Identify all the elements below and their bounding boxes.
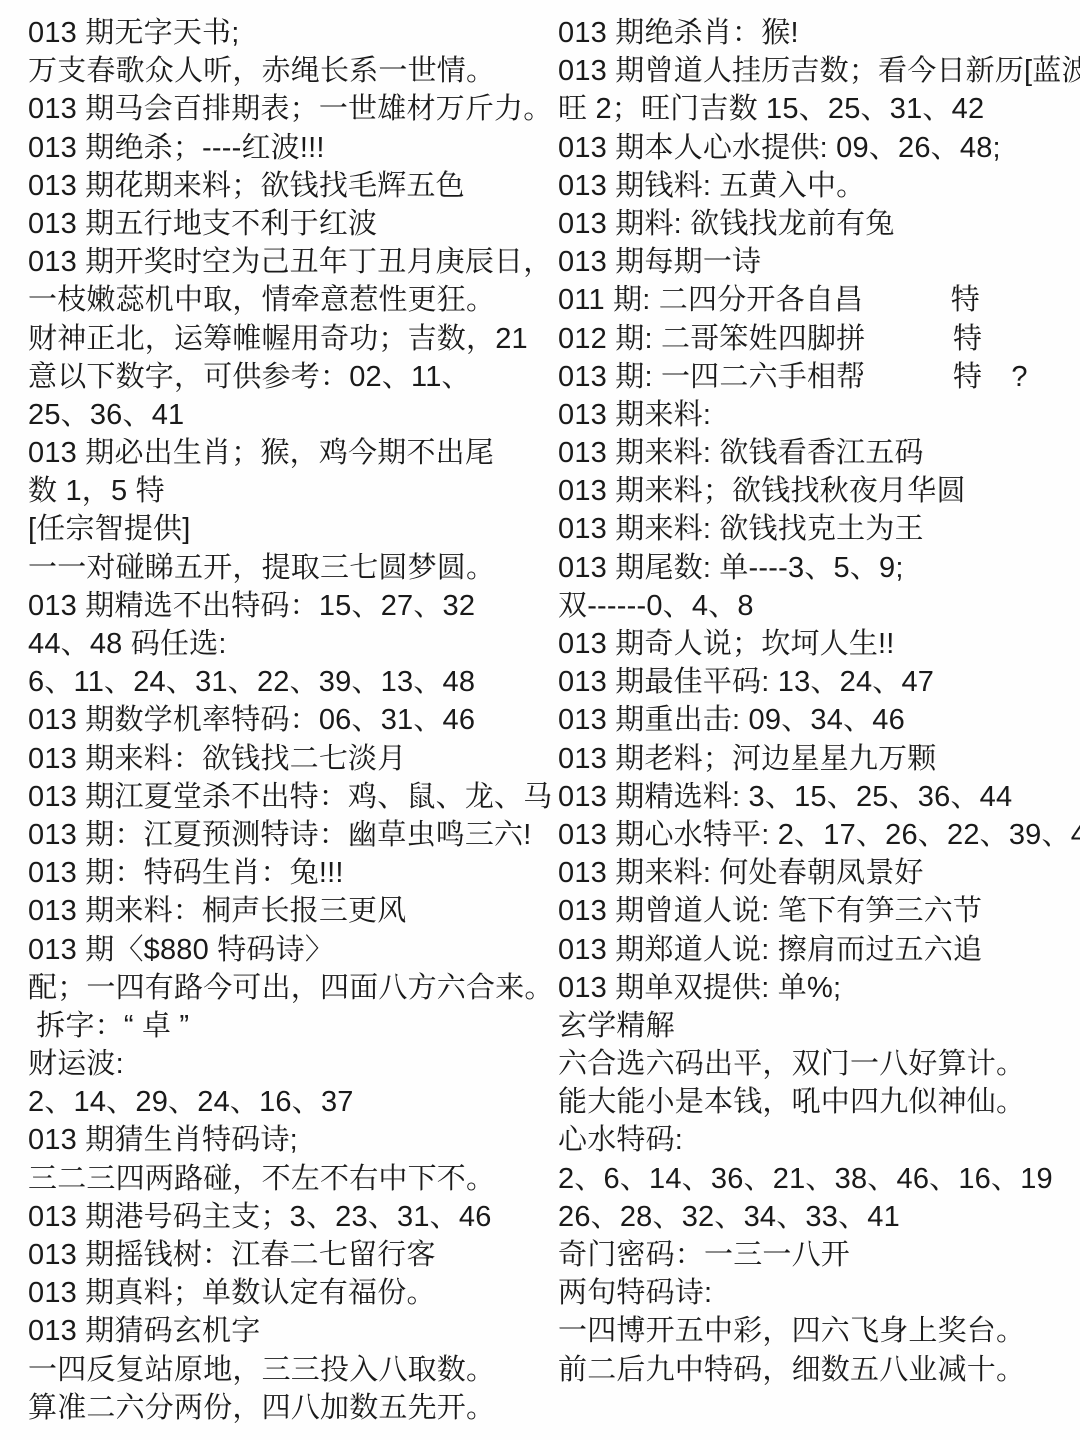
text-line: 013 期: 一四二六手相帮 特 ? <box>558 358 1070 396</box>
text-line: 013 期单双提供: 单%; <box>558 969 1070 1007</box>
text-line: 013 期曾道人挂历吉数；看今日新历[蓝波 <box>558 52 1070 90</box>
text-line: 2、14、29、24、16、37 <box>28 1083 528 1121</box>
text-line: 013 期摇钱树：江春二七留行客 <box>28 1236 528 1274</box>
text-line: 013 期来料：桐声长报三更风 <box>28 892 528 930</box>
text-line: 拆字：“ 卓 ” <box>28 1007 528 1045</box>
text-line: 意以下数字，可供参考：02、11、 <box>28 358 528 396</box>
text-line: 013 期：特码生肖：兔!!! <box>28 854 528 892</box>
text-line: 013 期数学机率特码：06、31、46 <box>28 701 528 739</box>
text-line: 2、6、14、36、21、38、46、16、19 <box>558 1160 1070 1198</box>
text-line: 万支春歌众人听，赤绳长系一世情。 <box>28 52 528 90</box>
text-line: 6、11、24、31、22、39、13、48 <box>28 663 528 701</box>
text-line: 能大能小是本钱，吼中四九似神仙。 <box>558 1083 1070 1121</box>
text-line: 013 期马会百排期表；一世雄材万斤力。 <box>28 90 528 128</box>
text-line: 奇门密码：一三一八开 <box>558 1236 1070 1274</box>
text-line: 013 期尾数: 单----3、5、9; <box>558 549 1070 587</box>
text-line: 013 期每期一诗 <box>558 243 1070 281</box>
text-line: 旺 2；旺门吉数 15、25、31、42 <box>558 90 1070 128</box>
text-line: 013 期来料: 欲钱找克土为王 <box>558 510 1070 548</box>
right-text-column: 013 期绝杀肖：猴!013 期曾道人挂历吉数；看今日新历[蓝波旺 2；旺门吉数… <box>558 14 1070 1389</box>
text-line: 013 期来料：欲钱找二七淡月 <box>28 740 528 778</box>
document-page: 013 期无字天书;万支春歌众人听，赤绳长系一世情。013 期马会百排期表；一世… <box>0 0 1080 1440</box>
text-line: 配；一四有路今可出，四面八方六合来。 <box>28 969 528 1007</box>
text-line: 013 期心水特平: 2、17、26、22、39、45。 <box>558 816 1070 854</box>
text-line: 013 期最佳平码: 13、24、47 <box>558 663 1070 701</box>
text-line: 013 期真料；单数认定有福份。 <box>28 1274 528 1312</box>
text-line: 011 期: 二四分开各自昌 特 <box>558 281 1070 319</box>
text-line: 心水特码: <box>558 1121 1070 1159</box>
text-line: 013 期必出生肖；猴，鸡今期不出尾 <box>28 434 528 472</box>
text-line: 013 期港号码主支；3、23、31、46 <box>28 1198 528 1236</box>
text-line: 013 期江夏堂杀不出特：鸡、鼠、龙、马 <box>28 778 528 816</box>
text-line: 一四反复站原地，三三投入八取数。 <box>28 1351 528 1389</box>
text-line: 013 期奇人说；坎坷人生!! <box>558 625 1070 663</box>
text-line: 013 期曾道人说: 笔下有笋三六节 <box>558 892 1070 930</box>
text-line: 013 期花期来料；欲钱找毛辉五色 <box>28 167 528 205</box>
text-line: 一枝嫩蕊机中取，情牵意惹性更狂。 <box>28 281 528 319</box>
text-line: 一四博开五中彩，四六飞身上奖台。 <box>558 1312 1070 1350</box>
text-line: 013 期老料；河边星星九万颗 <box>558 740 1070 778</box>
text-line: 013 期重出击: 09、34、46 <box>558 701 1070 739</box>
text-line: 013 期〈$880 特码诗〉 <box>28 931 528 969</box>
text-line: 玄学精解 <box>558 1007 1070 1045</box>
text-line: 013 期来料；欲钱找秋夜月华圆 <box>558 472 1070 510</box>
text-line: 013 期郑道人说: 擦肩而过五六追 <box>558 931 1070 969</box>
text-line: 013 期钱料: 五黄入中。 <box>558 167 1070 205</box>
text-line: 26、28、32、34、33、41 <box>558 1198 1070 1236</box>
text-line: 013 期无字天书; <box>28 14 528 52</box>
text-line: [任宗智提供] <box>28 510 528 548</box>
text-line: 013 期：江夏预测特诗：幽草虫鸣三六! <box>28 816 528 854</box>
text-line: 013 期五行地支不利于红波 <box>28 205 528 243</box>
text-line: 财运波: <box>28 1045 528 1083</box>
text-line: 013 期来料: 何处春朝凤景好 <box>558 854 1070 892</box>
text-line: 数 1，5 特 <box>28 472 528 510</box>
text-line: 013 期绝杀肖：猴! <box>558 14 1070 52</box>
text-line: 013 期来料: 欲钱看香江五码 <box>558 434 1070 472</box>
text-line: 013 期猜码玄机字 <box>28 1312 528 1350</box>
text-line: 013 期料: 欲钱找龙前有兔 <box>558 205 1070 243</box>
text-line: 三二三四两路碰，不左不右中下不。 <box>28 1160 528 1198</box>
left-text-column: 013 期无字天书;万支春歌众人听，赤绳长系一世情。013 期马会百排期表；一世… <box>28 14 528 1427</box>
text-line: 双------0、4、8 <box>558 587 1070 625</box>
text-line: 六合选六码出平，双门一八好算计。 <box>558 1045 1070 1083</box>
text-line: 一一对碰睇五开，提取三七圆梦圆。 <box>28 549 528 587</box>
text-line: 012 期: 二哥笨姓四脚拼 特 <box>558 320 1070 358</box>
text-line: 013 期绝杀；----红波!!! <box>28 129 528 167</box>
text-line: 算准二六分两份，四八加数五先开。 <box>28 1389 528 1427</box>
text-line: 财神正北，运筹帷幄用奇功；吉数，21 <box>28 320 528 358</box>
text-line: 44、48 码任选: <box>28 625 528 663</box>
text-line: 前二后九中特码，细数五八业减十。 <box>558 1351 1070 1389</box>
text-line: 013 期本人心水提供: 09、26、48; <box>558 129 1070 167</box>
text-line: 013 期精选不出特码：15、27、32 <box>28 587 528 625</box>
text-line: 013 期猜生肖特码诗; <box>28 1121 528 1159</box>
text-line: 013 期精选料: 3、15、25、36、44 <box>558 778 1070 816</box>
text-line: 两句特码诗: <box>558 1274 1070 1312</box>
text-line: 013 期来料: <box>558 396 1070 434</box>
text-line: 25、36、41 <box>28 396 528 434</box>
text-line: 013 期开奖时空为己丑年丁丑月庚辰日， <box>28 243 528 281</box>
